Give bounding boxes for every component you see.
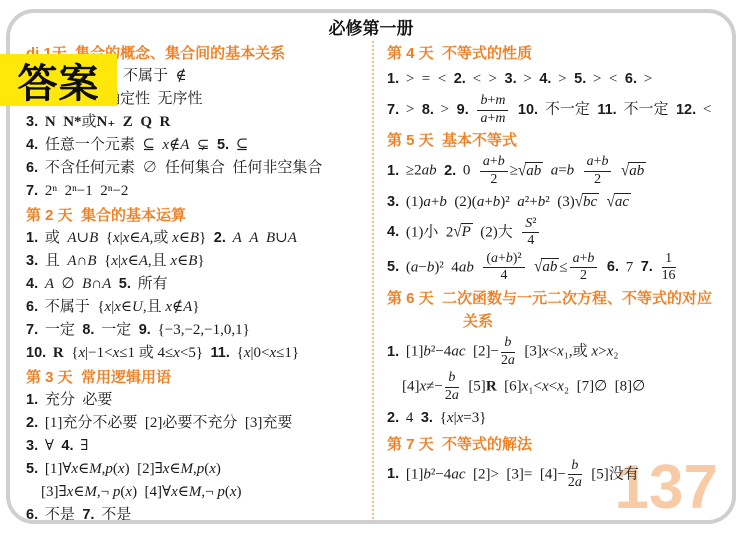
day-section: 第 4 天 不等式的性质1. > = < 2. < > 3. > 4. > 5.… <box>387 42 726 126</box>
fraction: 116 <box>660 252 678 284</box>
item-number: 12. <box>676 102 696 118</box>
item-number: 5. <box>574 71 586 87</box>
item-number: 4. <box>61 438 73 454</box>
right-column: 第 4 天 不等式的性质1. > = < 2. < > 3. > 4. > 5.… <box>372 41 732 519</box>
answer-line: 4. 任意一个元素 ⊆ x∉A ⊊ 5. ⊆ <box>26 134 366 157</box>
item-number: 5. <box>217 137 229 153</box>
day-heading: 第 6 天 二次函数与一元二次方程、不等式的对应关系 <box>387 287 726 333</box>
item-number: 4. <box>26 276 38 292</box>
item-number: 7. <box>82 507 94 523</box>
answer-line: 5. (a−b)² 4ab (a+b)²4 √ab≤a+b2 6. 7 7. 1… <box>387 252 726 284</box>
day-section: 第 3 天 常用逻辑用语1. 充分 必要2. [1]充分不必要 [2]必要不充分… <box>26 366 366 524</box>
item-number: 2. <box>387 410 399 426</box>
item-number: 5. <box>387 259 399 275</box>
day-heading: 第 2 天 集合的基本运算 <box>26 204 366 227</box>
day-section: 第 5 天 基本不等式1. ≥2ab 2. 0 a+b2≥√ab a=b a+b… <box>387 129 726 284</box>
item-number: 7. <box>641 259 653 275</box>
answer-line: 4. (1)小 2√P (2)大 S²4 <box>387 217 726 249</box>
columns-container: di 1天 集合的概念、集合间的基本关系不属于 ∉确定性 无序性3. N N*或… <box>10 41 732 519</box>
item-number: 3. <box>387 194 399 210</box>
item-number: 6. <box>26 507 38 523</box>
answer-line: 2. 4 3. {x|x=3} <box>387 407 726 430</box>
radical: √ab <box>534 259 559 275</box>
day-section: 第 6 天 二次函数与一元二次方程、不等式的对应关系1. [1]b²−4ac [… <box>387 287 726 430</box>
item-number: 4. <box>539 71 551 87</box>
day-heading: 第 7 天 不等式的解法 <box>387 433 726 456</box>
answer-line: 7. > 8. > 9. b+ma+m 10. 不一定 11. 不一定 12. … <box>387 94 726 126</box>
item-number: 4. <box>387 224 399 240</box>
answer-line: 2. [1]充分不必要 [2]必要不充分 [3]充要 <box>26 412 366 435</box>
answer-line: 3. (1)a+b (2)(a+b)² a²+b² (3)√bc √ac <box>387 191 726 214</box>
answer-line: 6. 不是 7. 不是 <box>26 504 366 524</box>
fraction: a+b2 <box>478 155 510 187</box>
answer-line: 3. ∀ 4. ∃ <box>26 435 366 458</box>
item-number: 6. <box>26 299 38 315</box>
item-number: 3. <box>421 410 433 426</box>
item-number: 1. <box>387 163 399 179</box>
answer-line: 5. [1]∀x∈M,p(x) [2]∃x∈M,p(x) <box>26 458 366 481</box>
item-number: 1. <box>387 466 399 482</box>
fraction: b2a <box>443 371 461 403</box>
answer-line: 1. > = < 2. < > 3. > 4. > 5. > < 6. > <box>387 68 726 91</box>
item-number: 7. <box>387 102 399 118</box>
item-number: 8. <box>422 102 434 118</box>
item-number: 7. <box>26 183 38 199</box>
item-number: 9. <box>139 322 151 338</box>
item-number: 2. <box>214 230 226 246</box>
answer-line: [3]∃x∈M,¬ p(x) [4]∀x∈M,¬ p(x) <box>26 481 366 504</box>
fraction: a+b2 <box>582 155 614 187</box>
radical: √ac <box>607 194 631 210</box>
item-number: 2. <box>454 71 466 87</box>
item-number: 5. <box>119 276 131 292</box>
item-number: 2. <box>26 415 38 431</box>
radical: √bc <box>575 194 599 210</box>
day-section: 第 2 天 集合的基本运算1. 或 A∪B {x|x∈A,或 x∈B} 2. A… <box>26 204 366 365</box>
day-heading: 第 3 天 常用逻辑用语 <box>26 366 366 389</box>
answer-line: 1. [1]b²−4ac [2]> [3]= [4]−b2a [5]没有 <box>387 459 726 491</box>
radical: √P <box>453 224 472 240</box>
radical: √ab <box>621 163 646 179</box>
item-number: 5. <box>26 461 38 477</box>
answer-line: 7. 一定 8. 一定 9. {−3,−2,−1,0,1} <box>26 319 366 342</box>
item-number: 1. <box>387 344 399 360</box>
item-number: 9. <box>457 102 469 118</box>
item-number: 3. <box>505 71 517 87</box>
answers-badge: 答案 <box>0 54 117 106</box>
day-section: 第 7 天 不等式的解法1. [1]b²−4ac [2]> [3]= [4]−b… <box>387 433 726 491</box>
item-number: 1. <box>26 230 38 246</box>
answer-line: 3. 且 A∩B {x|x∈A,且 x∈B} <box>26 250 366 273</box>
answer-line: 10. R {x|−1<x≤1 或 4≤x<5} 11. {x|0<x≤1} <box>26 342 366 365</box>
item-number: 1. <box>387 71 399 87</box>
fraction: b+ma+m <box>475 94 510 126</box>
answer-line: 6. 不属于 {x|x∈U,且 x∉A} <box>26 296 366 319</box>
item-number: 3. <box>26 114 38 130</box>
item-number: 6. <box>625 71 637 87</box>
answer-line: 1. 或 A∪B {x|x∈A,或 x∈B} 2. A A B∪A <box>26 227 366 250</box>
answer-line: 1. 充分 必要 <box>26 389 366 412</box>
answer-line: 1. ≥2ab 2. 0 a+b2≥√ab a=b a+b2 √ab <box>387 155 726 187</box>
item-number: 11. <box>211 345 230 361</box>
item-number: 10. <box>518 102 538 118</box>
answer-line: 1. [1]b²−4ac [2]−b2a [3]x<x₁,或 x>x₂ <box>387 336 726 368</box>
answer-line: 6. 不含任何元素 ∅ 任何集合 任何非空集合 <box>26 157 366 180</box>
page-title: 必修第一册 <box>10 13 732 39</box>
fraction: S²4 <box>520 217 541 249</box>
answer-line: 7. 2ⁿ 2ⁿ−1 2ⁿ−2 <box>26 180 366 203</box>
item-number: 6. <box>26 160 38 176</box>
left-column: di 1天 集合的概念、集合间的基本关系不属于 ∉确定性 无序性3. N N*或… <box>10 41 372 519</box>
answer-line: [4]x≠−b2a [5]R [6]x₁<x<x₂ [7]∅ [8]∅ <box>387 371 726 403</box>
day-heading: 第 5 天 基本不等式 <box>387 129 726 152</box>
item-number: 4. <box>26 137 38 153</box>
answer-line: 3. N N*或N₊ Z Q R <box>26 111 366 134</box>
item-number: 3. <box>26 438 38 454</box>
item-number: 7. <box>26 322 38 338</box>
item-number: 6. <box>607 259 619 275</box>
fraction: (a+b)²4 <box>481 252 526 284</box>
item-number: 1. <box>26 392 38 408</box>
fraction: a+b2 <box>568 252 600 284</box>
day-heading: 第 4 天 不等式的性质 <box>387 42 726 65</box>
fraction: b2a <box>499 336 517 368</box>
radical: √ab <box>518 163 543 179</box>
item-number: 2. <box>444 163 456 179</box>
fraction: b2a <box>566 459 584 491</box>
item-number: 10. <box>26 345 46 361</box>
answer-line: 4. A ∅ B∩A 5. 所有 <box>26 273 366 296</box>
item-number: 11. <box>597 102 616 118</box>
item-number: 8. <box>82 322 94 338</box>
item-number: 3. <box>26 253 38 269</box>
